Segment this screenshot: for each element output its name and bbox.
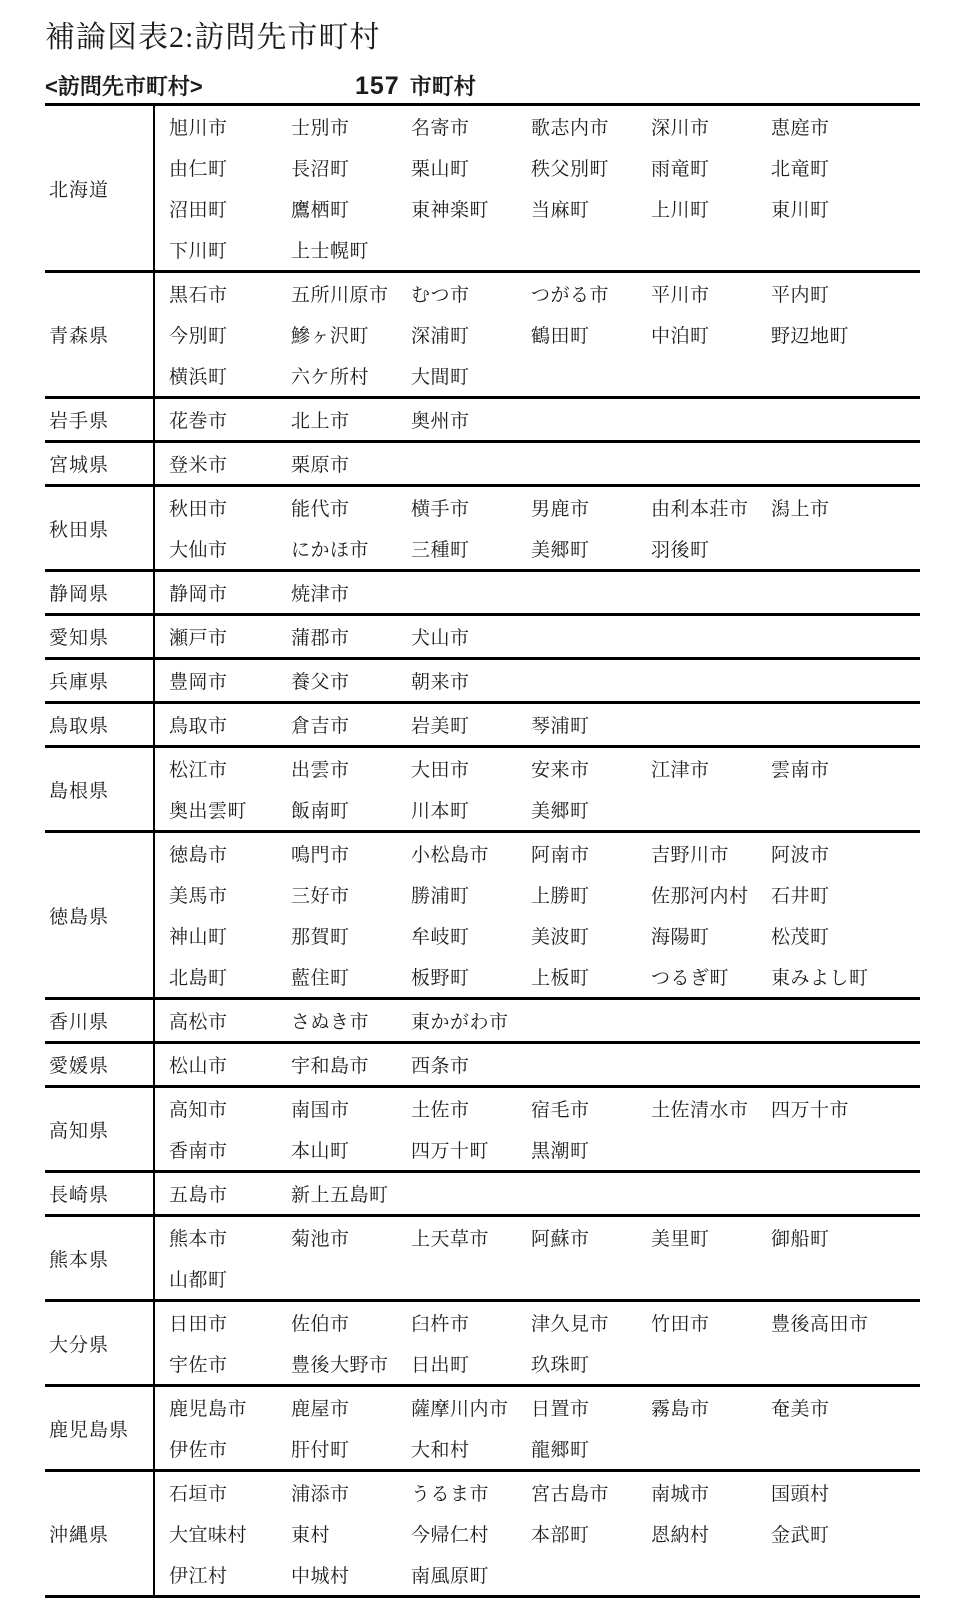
municipality: 能代市 [291,494,411,521]
municipality: 当麻町 [531,195,651,222]
municipality: 大田市 [411,755,531,782]
municipality-list: 熊本市菊池市上天草市阿蘇市美里町御船町山都町 [155,1217,920,1299]
prefecture-block: 熊本県熊本市菊池市上天草市阿蘇市美里町御船町山都町 [45,1214,920,1299]
municipality: 上勝町 [531,881,651,908]
municipality: 沼田町 [169,195,291,222]
municipality: 鹿児島市 [169,1394,291,1421]
municipality: 奥出雲町 [169,796,291,823]
municipality: むつ市 [411,280,531,307]
prefecture-block: 宮城県登米市栗原市 [45,440,920,484]
municipality: 日置市 [531,1394,651,1421]
municipality: 東神楽町 [411,195,531,222]
prefecture-block: 岩手県花巻市北上市奥州市 [45,396,920,440]
municipality: 平川市 [651,280,771,307]
municipality: 日出町 [411,1350,531,1377]
municipality-row: 沼田町鷹栖町東神楽町当麻町上川町東川町 [169,188,920,229]
municipality: 鶴田町 [531,321,651,348]
page-title: 補論図表2:訪問先市町村 [45,12,380,56]
prefecture-block: 秋田県秋田市能代市横手市男鹿市由利本荘市潟上市大仙市にかほ市三種町美郷町羽後町 [45,484,920,569]
municipality: 今帰仁村 [411,1520,531,1547]
table-header: <訪問先市町村> 157 市町村 [45,70,920,101]
prefecture-block: 大分県日田市佐伯市臼杵市津久見市竹田市豊後高田市宇佐市豊後大野市日出町玖珠町 [45,1299,920,1384]
municipality: 南風原町 [411,1561,531,1588]
municipality-row: 高知市南国市土佐市宿毛市土佐清水市四万十市 [169,1088,920,1129]
municipality: 犬山市 [411,623,531,650]
municipality-list: 黒石市五所川原市むつ市つがる市平川市平内町今別町鰺ヶ沢町深浦町鶴田町中泊町野辺地… [155,273,920,396]
municipality: 玖珠町 [531,1350,651,1377]
municipality: 黒石市 [169,280,291,307]
municipality: 本部町 [531,1520,651,1547]
municipality-row: 豊岡市養父市朝来市 [169,660,920,701]
municipality-row: 大宜味村東村今帰仁村本部町恩納村金武町 [169,1513,920,1554]
municipality: 栗山町 [411,154,531,181]
municipality-row: 高松市さぬき市東かがわ市 [169,1000,920,1041]
municipality: 南国市 [291,1095,411,1122]
municipality: 美里町 [651,1224,771,1251]
municipality: 五所川原市 [291,280,411,307]
municipality: 美郷町 [531,796,651,823]
municipality: 鹿屋市 [291,1394,411,1421]
municipality: 名寄市 [411,113,531,140]
municipality: 佐那河内村 [651,881,771,908]
prefecture-name: 兵庫県 [45,660,155,701]
municipality: 奄美市 [771,1394,920,1421]
municipality: 小松島市 [411,840,531,867]
municipality: 三種町 [411,535,531,562]
municipality: 蒲郡市 [291,623,411,650]
prefecture-name: 香川県 [45,1000,155,1041]
municipality: 高知市 [169,1095,291,1122]
municipality: 四万十町 [411,1136,531,1163]
prefecture-block: 鹿児島県鹿児島市鹿屋市薩摩川内市日置市霧島市奄美市伊佐市肝付町大和村龍郷町 [45,1384,920,1469]
prefecture-name: 静岡県 [45,572,155,613]
municipality-row: 徳島市鳴門市小松島市阿南市吉野川市阿波市 [169,833,920,874]
municipality: つるぎ町 [651,963,771,990]
municipality-row: 石垣市浦添市うるま市宮古島市南城市国頭村 [169,1472,920,1513]
prefecture-name: 愛知県 [45,616,155,657]
municipality: 浦添市 [291,1479,411,1506]
municipality: 肝付町 [291,1435,411,1462]
municipality: 江津市 [651,755,771,782]
municipality: 薩摩川内市 [411,1394,531,1421]
municipality-row: 熊本市菊池市上天草市阿蘇市美里町御船町 [169,1217,920,1258]
prefecture-block: 愛媛県松山市宇和島市西条市 [45,1041,920,1085]
municipality: 鳴門市 [291,840,411,867]
municipality: 六ケ所村 [291,362,411,389]
municipality: 美郷町 [531,535,651,562]
municipality: 高松市 [169,1007,291,1034]
municipality: 東川町 [771,195,920,222]
municipality: 恵庭市 [771,113,920,140]
municipality-row: 登米市栗原市 [169,443,920,484]
municipality: 朝来市 [411,667,531,694]
municipality-list: 花巻市北上市奥州市 [155,399,920,440]
municipality: 牟岐町 [411,922,531,949]
municipality: 今別町 [169,321,291,348]
municipality: 本山町 [291,1136,411,1163]
municipality-row: 神山町那賀町牟岐町美波町海陽町松茂町 [169,915,920,956]
municipality: 男鹿市 [531,494,651,521]
table-header-label: <訪問先市町村> [45,70,355,101]
municipality: 土佐清水市 [651,1095,771,1122]
municipality: 上天草市 [411,1224,531,1251]
prefecture-block: 島根県松江市出雲市大田市安来市江津市雲南市奥出雲町飯南町川本町美郷町 [45,745,920,830]
municipality: 国頭村 [771,1479,920,1506]
prefecture-name: 鹿児島県 [45,1387,155,1469]
municipality: 深川市 [651,113,771,140]
municipality: 宇佐市 [169,1350,291,1377]
municipality-table: 北海道旭川市士別市名寄市歌志内市深川市恵庭市由仁町長沼町栗山町秩父別町雨竜町北竜… [45,103,920,1598]
municipality-row: 黒石市五所川原市むつ市つがる市平川市平内町 [169,273,920,314]
municipality: 上士幌町 [291,236,411,263]
municipality: 歌志内市 [531,113,651,140]
municipality: 琴浦町 [531,711,651,738]
municipality: 横手市 [411,494,531,521]
municipality: 大仙市 [169,535,291,562]
prefecture-name: 島根県 [45,748,155,830]
municipality: 阿波市 [771,840,920,867]
municipality-list: 松山市宇和島市西条市 [155,1044,920,1085]
municipality-list: 鳥取市倉吉市岩美町琴浦町 [155,704,920,745]
municipality: 下川町 [169,236,291,263]
municipality: つがる市 [531,280,651,307]
municipality: 由仁町 [169,154,291,181]
municipality: 山都町 [169,1265,291,1292]
municipality: 中城村 [291,1561,411,1588]
municipality-list: 徳島市鳴門市小松島市阿南市吉野川市阿波市美馬市三好市勝浦町上勝町佐那河内村石井町… [155,833,920,997]
municipality-row: 鹿児島市鹿屋市薩摩川内市日置市霧島市奄美市 [169,1387,920,1428]
municipality-row: 松江市出雲市大田市安来市江津市雲南市 [169,748,920,789]
prefecture-block: 沖縄県石垣市浦添市うるま市宮古島市南城市国頭村大宜味村東村今帰仁村本部町恩納村金… [45,1469,920,1595]
municipality: 養父市 [291,667,411,694]
prefecture-name: 青森県 [45,273,155,396]
municipality-row: 横浜町六ケ所村大間町 [169,355,920,396]
municipality: 出雲市 [291,755,411,782]
municipality: 霧島市 [651,1394,771,1421]
municipality: 栗原市 [291,450,411,477]
municipality: 黒潮町 [531,1136,651,1163]
municipality: 北上市 [291,406,411,433]
municipality: 登米市 [169,450,291,477]
municipality: 伊江村 [169,1561,291,1588]
municipality: 飯南町 [291,796,411,823]
municipality: 倉吉市 [291,711,411,738]
municipality-row: 秋田市能代市横手市男鹿市由利本荘市潟上市 [169,487,920,528]
municipality: 鰺ヶ沢町 [291,321,411,348]
municipality: 土佐市 [411,1095,531,1122]
municipality-row: 静岡市焼津市 [169,572,920,613]
municipality: 石垣市 [169,1479,291,1506]
municipality-row: 瀬戸市蒲郡市犬山市 [169,616,920,657]
municipality-row: 花巻市北上市奥州市 [169,399,920,440]
municipality-row: 鳥取市倉吉市岩美町琴浦町 [169,704,920,745]
municipality: 西条市 [411,1051,531,1078]
municipality: 竹田市 [651,1309,771,1336]
prefecture-name: 北海道 [45,106,155,270]
municipality: 龍郷町 [531,1435,651,1462]
municipality: 香南市 [169,1136,291,1163]
municipality-row: 美馬市三好市勝浦町上勝町佐那河内村石井町 [169,874,920,915]
municipality-row: 五島市新上五島町 [169,1173,920,1214]
municipality: 上板町 [531,963,651,990]
municipality: 北島町 [169,963,291,990]
municipality-row: 北島町藍住町板野町上板町つるぎ町東みよし町 [169,956,920,997]
municipality-row: 山都町 [169,1258,920,1299]
municipality: 長沼町 [291,154,411,181]
municipality: 静岡市 [169,579,291,606]
prefecture-name: 徳島県 [45,833,155,997]
municipality: 潟上市 [771,494,920,521]
municipality: 東みよし町 [771,963,920,990]
municipality: 宿毛市 [531,1095,651,1122]
municipality: にかほ市 [291,535,411,562]
prefecture-name: 長崎県 [45,1173,155,1214]
municipality-row: 旭川市士別市名寄市歌志内市深川市恵庭市 [169,106,920,147]
municipality: 大宜味村 [169,1520,291,1547]
municipality-count-group: 157 市町村 [355,70,476,101]
municipality-list: 五島市新上五島町 [155,1173,920,1214]
municipality-row: 伊佐市肝付町大和村龍郷町 [169,1428,920,1469]
municipality: 吉野川市 [651,840,771,867]
municipality: 日田市 [169,1309,291,1336]
municipality-list: 静岡市焼津市 [155,572,920,613]
municipality: 鳥取市 [169,711,291,738]
municipality: 由利本荘市 [651,494,771,521]
municipality-list: 瀬戸市蒲郡市犬山市 [155,616,920,657]
municipality: 松茂町 [771,922,920,949]
municipality: 鷹栖町 [291,195,411,222]
municipality-count: 157 [355,72,400,101]
prefecture-name: 沖縄県 [45,1472,155,1595]
municipality: 安来市 [531,755,651,782]
prefecture-name: 秋田県 [45,487,155,569]
document-page: 補論図表2:訪問先市町村 <訪問先市町村> 157 市町村 北海道旭川市士別市名… [0,0,958,1608]
municipality: 勝浦町 [411,881,531,908]
municipality: うるま市 [411,1479,531,1506]
municipality: 豊後高田市 [771,1309,920,1336]
prefecture-block: 長崎県五島市新上五島町 [45,1170,920,1214]
prefecture-block: 高知県高知市南国市土佐市宿毛市土佐清水市四万十市香南市本山町四万十町黒潮町 [45,1085,920,1170]
municipality: 那賀町 [291,922,411,949]
municipality-row: 松山市宇和島市西条市 [169,1044,920,1085]
municipality: 四万十市 [771,1095,920,1122]
municipality: 新上五島町 [291,1180,411,1207]
municipality: 松江市 [169,755,291,782]
municipality: 雨竜町 [651,154,771,181]
municipality: 野辺地町 [771,321,920,348]
municipality: 秩父別町 [531,154,651,181]
prefecture-name: 愛媛県 [45,1044,155,1085]
municipality: 横浜町 [169,362,291,389]
municipality-list: 石垣市浦添市うるま市宮古島市南城市国頭村大宜味村東村今帰仁村本部町恩納村金武町伊… [155,1472,920,1595]
municipality: 三好市 [291,881,411,908]
municipality: 伊佐市 [169,1435,291,1462]
municipality-row: 奥出雲町飯南町川本町美郷町 [169,789,920,830]
municipality: 美波町 [531,922,651,949]
municipality-list: 豊岡市養父市朝来市 [155,660,920,701]
municipality: 板野町 [411,963,531,990]
prefecture-block: 兵庫県豊岡市養父市朝来市 [45,657,920,701]
municipality: 平内町 [771,280,920,307]
municipality-list: 高松市さぬき市東かがわ市 [155,1000,920,1041]
municipality: 南城市 [651,1479,771,1506]
municipality-list: 高知市南国市土佐市宿毛市土佐清水市四万十市香南市本山町四万十町黒潮町 [155,1088,920,1170]
municipality: 恩納村 [651,1520,771,1547]
municipality-row: 日田市佐伯市臼杵市津久見市竹田市豊後高田市 [169,1302,920,1343]
municipality: 藍住町 [291,963,411,990]
prefecture-name: 高知県 [45,1088,155,1170]
municipality: 美馬市 [169,881,291,908]
municipality-count-unit: 市町村 [410,70,476,101]
municipality-list: 日田市佐伯市臼杵市津久見市竹田市豊後高田市宇佐市豊後大野市日出町玖珠町 [155,1302,920,1384]
municipality: 深浦町 [411,321,531,348]
prefecture-name: 熊本県 [45,1217,155,1299]
municipality-list: 旭川市士別市名寄市歌志内市深川市恵庭市由仁町長沼町栗山町秩父別町雨竜町北竜町沼田… [155,106,920,270]
municipality: 菊池市 [291,1224,411,1251]
municipality: 大間町 [411,362,531,389]
prefecture-name: 大分県 [45,1302,155,1384]
municipality: 五島市 [169,1180,291,1207]
municipality: 川本町 [411,796,531,823]
municipality: 佐伯市 [291,1309,411,1336]
municipality: 瀬戸市 [169,623,291,650]
municipality: さぬき市 [291,1007,411,1034]
municipality: 徳島市 [169,840,291,867]
municipality-row: 宇佐市豊後大野市日出町玖珠町 [169,1343,920,1384]
prefecture-block: 愛知県瀬戸市蒲郡市犬山市 [45,613,920,657]
prefecture-name: 鳥取県 [45,704,155,745]
municipality: 石井町 [771,881,920,908]
municipality: 松山市 [169,1051,291,1078]
prefecture-block: 静岡県静岡市焼津市 [45,569,920,613]
municipality: 宇和島市 [291,1051,411,1078]
municipality: 阿南市 [531,840,651,867]
municipality: 雲南市 [771,755,920,782]
municipality: 金武町 [771,1520,920,1547]
municipality: 熊本市 [169,1224,291,1251]
municipality: 旭川市 [169,113,291,140]
municipality-list: 松江市出雲市大田市安来市江津市雲南市奥出雲町飯南町川本町美郷町 [155,748,920,830]
municipality: 上川町 [651,195,771,222]
municipality: 花巻市 [169,406,291,433]
municipality-list: 登米市栗原市 [155,443,920,484]
municipality: 大和村 [411,1435,531,1462]
municipality: 神山町 [169,922,291,949]
municipality-row: 今別町鰺ヶ沢町深浦町鶴田町中泊町野辺地町 [169,314,920,355]
municipality: 士別市 [291,113,411,140]
municipality: 豊岡市 [169,667,291,694]
municipality: 東かがわ市 [411,1007,531,1034]
municipality: 臼杵市 [411,1309,531,1336]
municipality: 豊後大野市 [291,1350,411,1377]
municipality-list: 鹿児島市鹿屋市薩摩川内市日置市霧島市奄美市伊佐市肝付町大和村龍郷町 [155,1387,920,1469]
prefecture-block: 鳥取県鳥取市倉吉市岩美町琴浦町 [45,701,920,745]
municipality: 秋田市 [169,494,291,521]
municipality: 津久見市 [531,1309,651,1336]
municipality: 奥州市 [411,406,531,433]
municipality-row: 伊江村中城村南風原町 [169,1554,920,1595]
municipality-row: 由仁町長沼町栗山町秩父別町雨竜町北竜町 [169,147,920,188]
prefecture-block: 北海道旭川市士別市名寄市歌志内市深川市恵庭市由仁町長沼町栗山町秩父別町雨竜町北竜… [45,106,920,270]
municipality-list: 秋田市能代市横手市男鹿市由利本荘市潟上市大仙市にかほ市三種町美郷町羽後町 [155,487,920,569]
prefecture-block: 香川県高松市さぬき市東かがわ市 [45,997,920,1041]
municipality: 岩美町 [411,711,531,738]
prefecture-block: 徳島県徳島市鳴門市小松島市阿南市吉野川市阿波市美馬市三好市勝浦町上勝町佐那河内村… [45,830,920,997]
municipality: 東村 [291,1520,411,1547]
municipality-row: 下川町上士幌町 [169,229,920,270]
prefecture-name: 宮城県 [45,443,155,484]
municipality: 焼津市 [291,579,411,606]
municipality: 宮古島市 [531,1479,651,1506]
municipality-row: 大仙市にかほ市三種町美郷町羽後町 [169,528,920,569]
municipality: 北竜町 [771,154,920,181]
municipality: 海陽町 [651,922,771,949]
municipality: 羽後町 [651,535,771,562]
prefecture-name: 岩手県 [45,399,155,440]
municipality: 御船町 [771,1224,920,1251]
municipality: 阿蘇市 [531,1224,651,1251]
municipality: 中泊町 [651,321,771,348]
municipality-row: 香南市本山町四万十町黒潮町 [169,1129,920,1170]
prefecture-block: 青森県黒石市五所川原市むつ市つがる市平川市平内町今別町鰺ヶ沢町深浦町鶴田町中泊町… [45,270,920,396]
